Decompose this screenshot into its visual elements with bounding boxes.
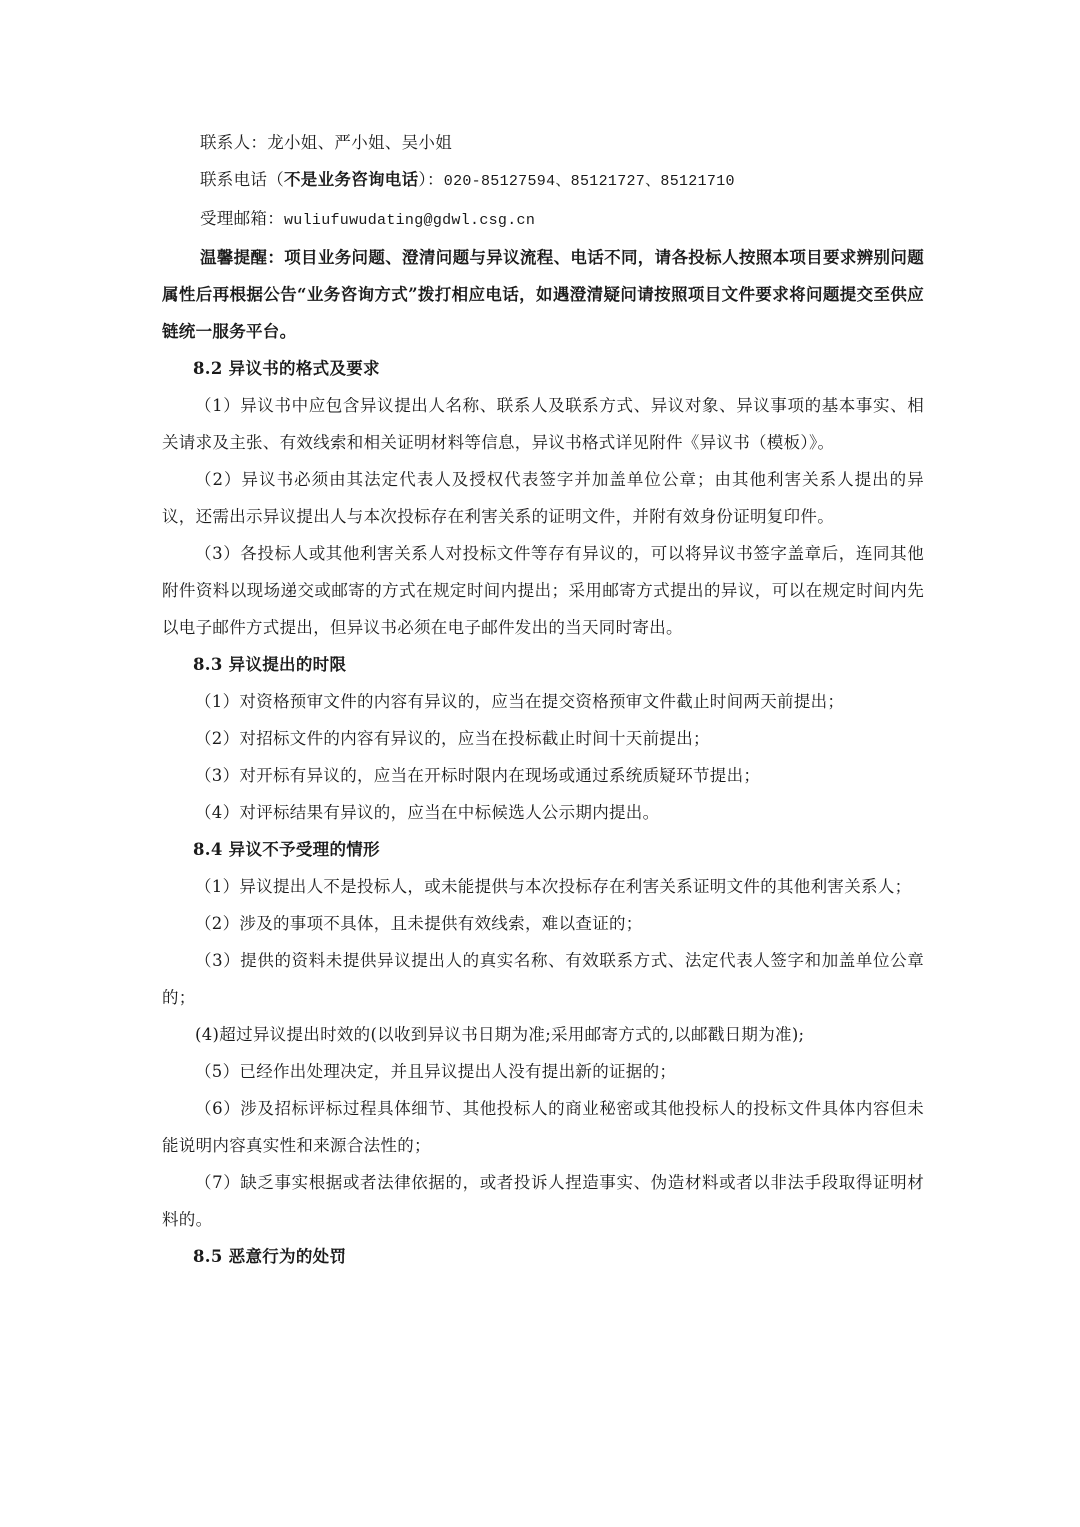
section-8-4-item: （6）涉及招标评标过程具体细节、其他投标人的商业秘密或其他投标人的投标文件具体内…: [162, 1090, 924, 1164]
contact-phone-label: 联系电话（: [200, 170, 284, 189]
document-page: 联系人：龙小姐、严小姐、吴小姐 联系电话（不是业务咨询电话）：020-85127…: [162, 124, 924, 1275]
section-8-3-item: （4）对评标结果有异议的，应当在中标候选人公示期内提出。: [162, 794, 924, 831]
reminder-paragraph: 温馨提醒：项目业务问题、澄清问题与异议流程、电话不同，请各投标人按照本项目要求辨…: [162, 239, 924, 350]
section-8-2-item: （1）异议书中应包含异议提出人名称、联系人及联系方式、异议对象、异议事项的基本事…: [162, 387, 924, 461]
section-8-2-item: （3）各投标人或其他利害关系人对投标文件等存有异议的，可以将异议书签字盖章后，连…: [162, 535, 924, 646]
section-8-2-item: （2）异议书必须由其法定代表人及授权代表签字并加盖单位公章；由其他利害关系人提出…: [162, 461, 924, 535]
section-8-4-item: （3）提供的资料未提供异议提出人的真实名称、有效联系方式、法定代表人签字和加盖单…: [162, 942, 924, 1016]
contact-phone-note: 不是业务咨询电话: [284, 170, 418, 189]
contact-phone-label-suffix: ）：: [418, 170, 443, 189]
contact-persons-value: 龙小姐、严小姐、吴小姐: [267, 133, 452, 152]
contact-phone-value: 020-85127594、85121727、85121710: [444, 173, 735, 190]
section-heading-8-3: 8.3 异议提出的时限: [162, 646, 924, 683]
section-8-3-item: （3）对开标有异议的，应当在开标时限内在现场或通过系统质疑环节提出；: [162, 757, 924, 794]
section-heading-8-5: 8.5 恶意行为的处罚: [162, 1238, 924, 1275]
section-8-4-item: （7）缺乏事实根据或者法律依据的，或者投诉人捏造事实、伪造材料或者以非法手段取得…: [162, 1164, 924, 1238]
contact-email: 受理邮箱：wuliufuwudating@gdwl.csg.cn: [162, 200, 924, 239]
contact-email-label: 受理邮箱：: [200, 209, 284, 228]
contact-email-value: wuliufuwudating@gdwl.csg.cn: [284, 212, 535, 229]
section-8-4-item: （2）涉及的事项不具体，且未提供有效线索，难以查证的；: [162, 905, 924, 942]
contact-persons: 联系人：龙小姐、严小姐、吴小姐: [162, 124, 924, 161]
section-heading-8-4: 8.4 异议不予受理的情形: [162, 831, 924, 868]
section-8-4-item: (4)超过异议提出时效的(以收到异议书日期为准;采用邮寄方式的,以邮戳日期为准)…: [162, 1016, 924, 1053]
section-8-4-item: （5）已经作出处理决定，并且异议提出人没有提出新的证据的；: [162, 1053, 924, 1090]
section-8-4-item: （1）异议提出人不是投标人，或未能提供与本次投标存在利害关系证明文件的其他利害关…: [162, 868, 924, 905]
section-8-3-item: （2）对招标文件的内容有异议的，应当在投标截止时间十天前提出；: [162, 720, 924, 757]
section-8-3-item: （1）对资格预审文件的内容有异议的，应当在提交资格预审文件截止时间两天前提出；: [162, 683, 924, 720]
contact-persons-label: 联系人：: [200, 133, 267, 152]
section-heading-8-2: 8.2 异议书的格式及要求: [162, 350, 924, 387]
contact-phone: 联系电话（不是业务咨询电话）：020-85127594、85121727、851…: [162, 161, 924, 200]
